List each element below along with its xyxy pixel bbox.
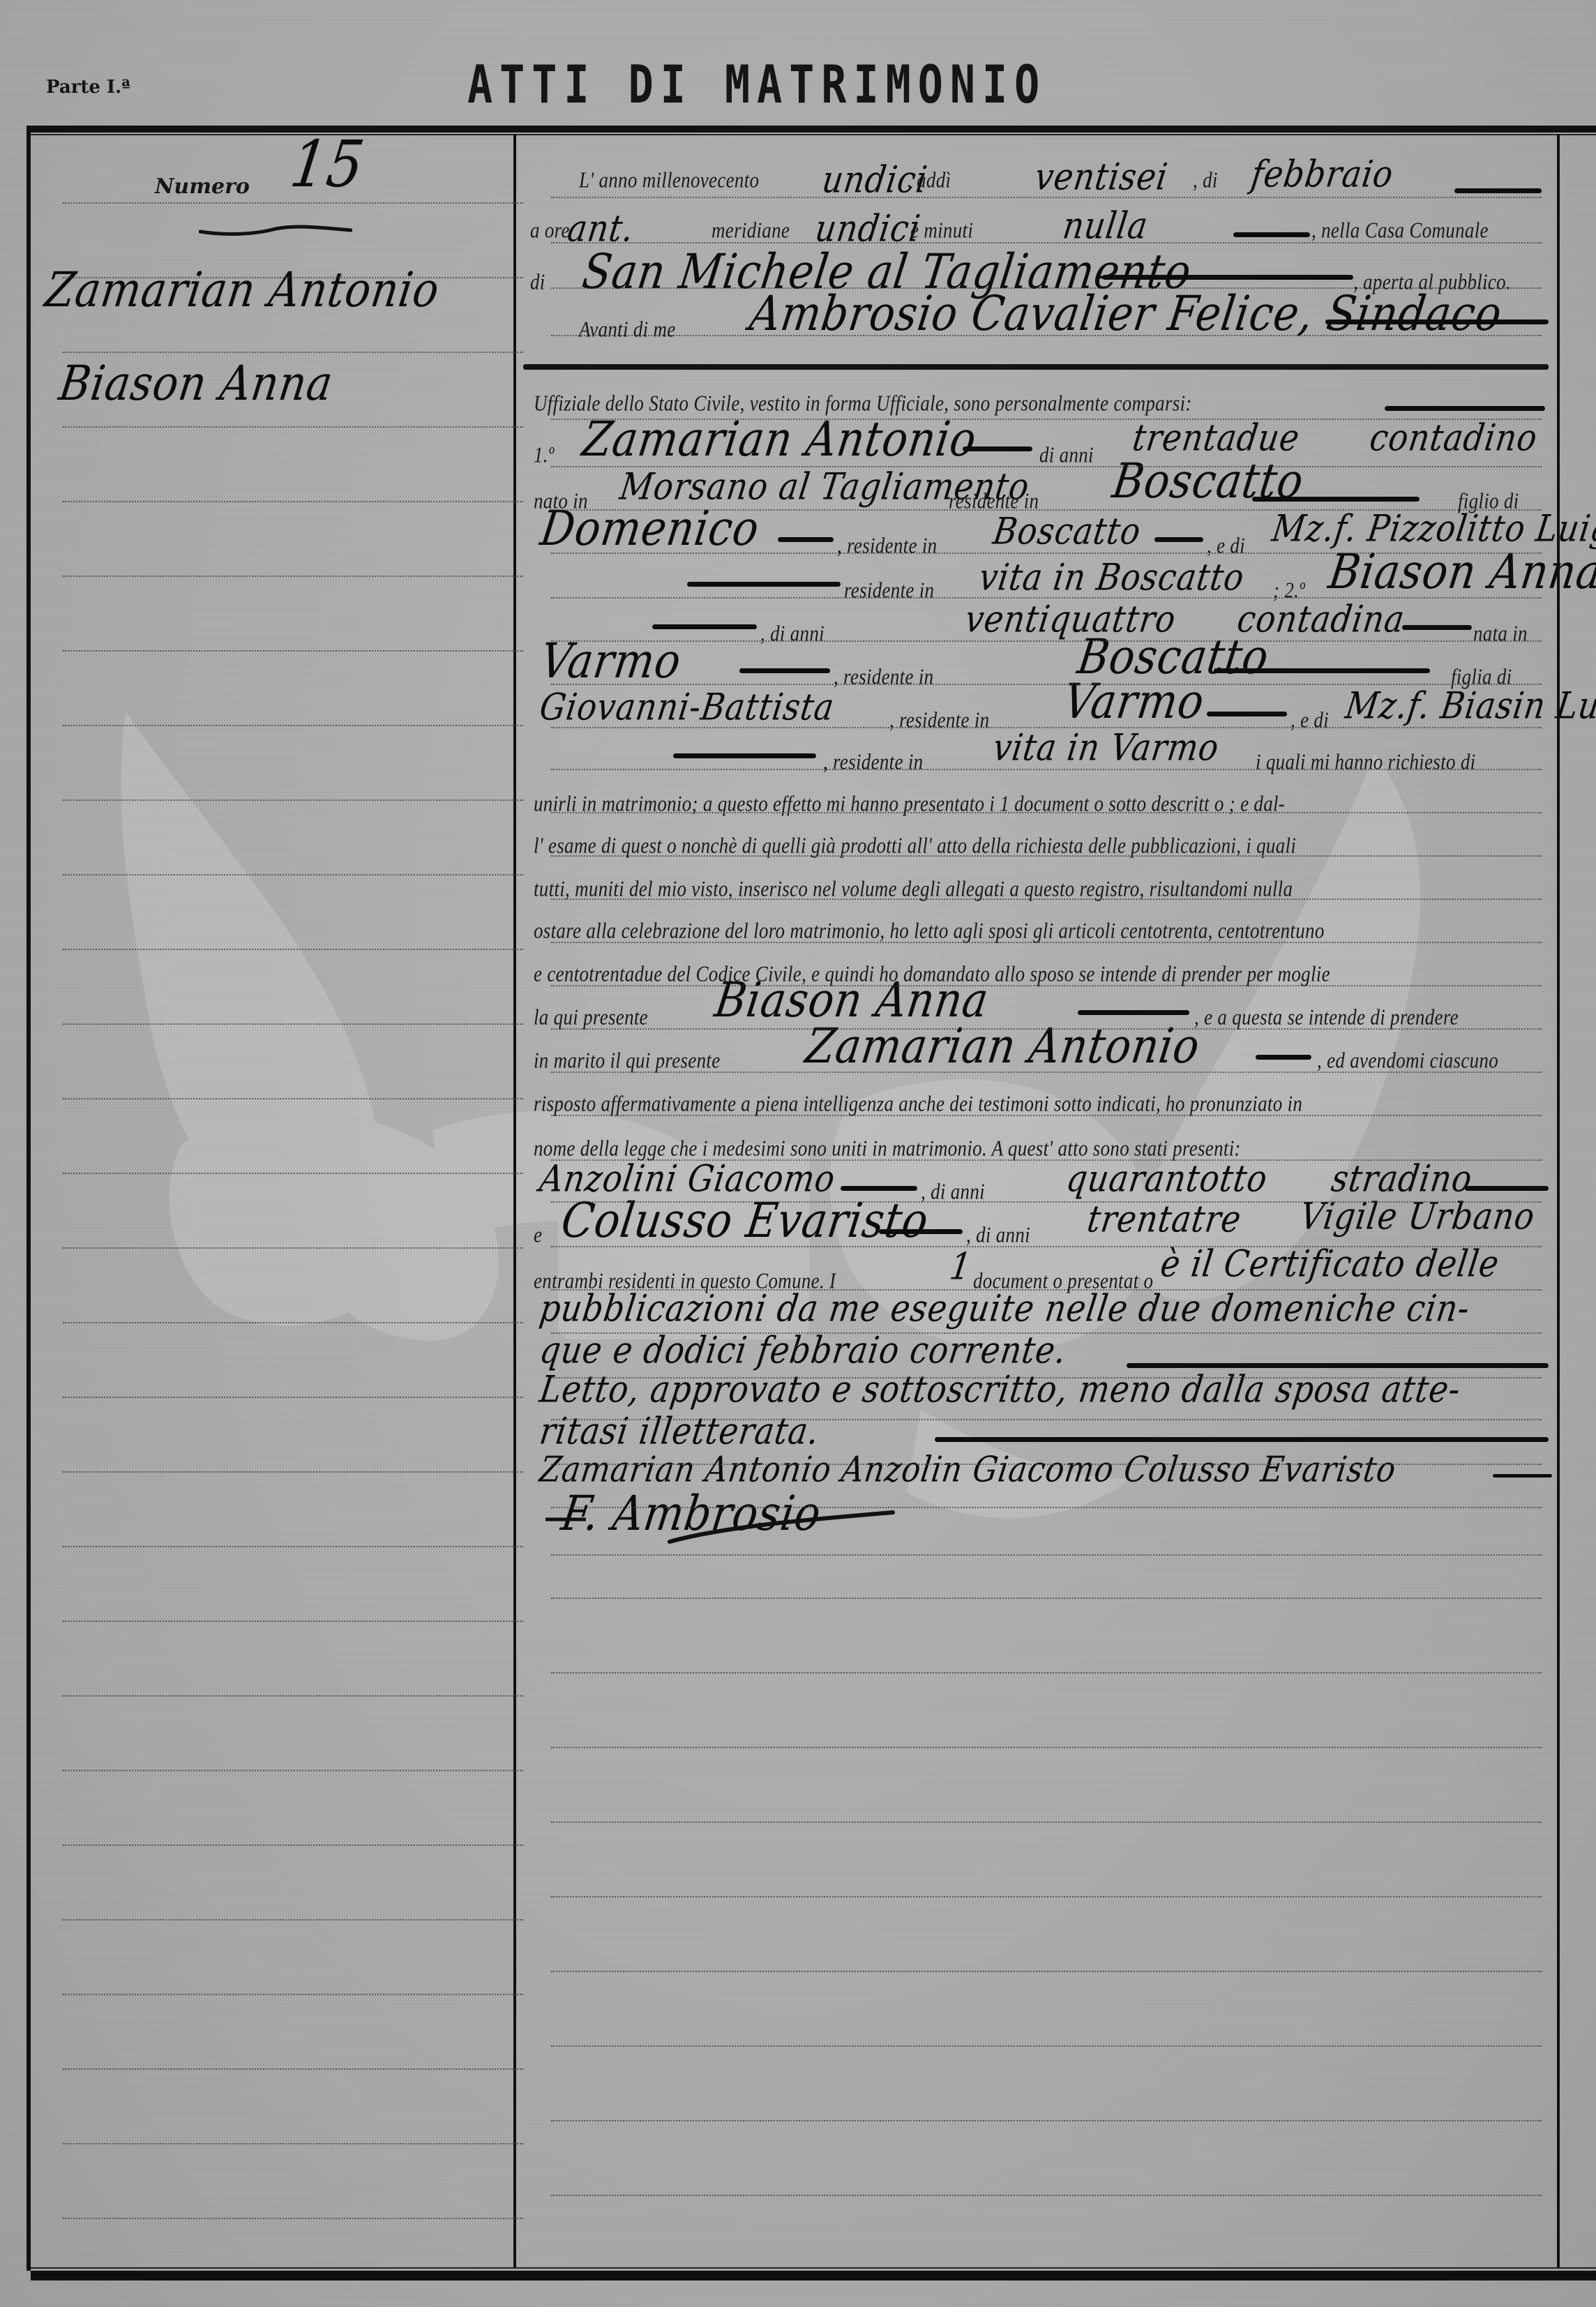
ruled-line — [63, 352, 523, 353]
ruled-line — [63, 1994, 523, 1995]
ruled-line — [551, 1028, 1542, 1030]
ruled-line — [63, 1173, 523, 1174]
ruled-line — [63, 874, 523, 876]
ruled-line — [551, 727, 1542, 728]
fill-dash — [687, 582, 841, 587]
ruled-line — [551, 1672, 1542, 1674]
ruled-line — [551, 2045, 1542, 2047]
printed-age-label: , di anni — [760, 621, 825, 647]
printed-residence-label: , residente in — [837, 533, 937, 559]
groom-ordinal: 1.º — [534, 442, 555, 468]
fill-dash — [963, 446, 1032, 451]
printed-month-label: , di — [1193, 167, 1218, 193]
field-witness1-occupation: stradino — [1329, 1157, 1475, 1200]
fill-dash — [739, 668, 830, 673]
frame-bottom-border-inner — [31, 2267, 1596, 2269]
fill-dash — [1325, 320, 1549, 324]
ruled-line — [551, 769, 1542, 770]
ruled-line — [551, 1159, 1542, 1161]
ruled-line — [551, 287, 1542, 289]
field-month: febbraio — [1249, 152, 1396, 195]
frame-bottom-border — [31, 2271, 1596, 2280]
ruled-line — [63, 426, 523, 428]
field-day: ventisei — [1032, 155, 1170, 198]
fill-dash — [1402, 625, 1472, 630]
flourish-divider — [199, 222, 352, 239]
fill-dash — [1465, 1186, 1549, 1191]
fill-dash — [935, 1437, 1549, 1442]
ruled-line — [551, 466, 1542, 467]
fill-dash — [673, 753, 816, 758]
handwritten-note-line: que e dodici febbraio corrente. — [537, 1328, 1069, 1372]
ruled-line — [63, 1023, 523, 1025]
ruled-line — [63, 2068, 523, 2070]
ruled-line — [551, 1896, 1542, 1898]
section-separator — [523, 364, 1549, 370]
field-witness2-age: trentatre — [1085, 1197, 1244, 1240]
printed-hour-label: a ore — [530, 218, 570, 243]
ruled-line — [551, 2195, 1542, 2196]
ruled-line — [63, 1844, 523, 1846]
ruled-line — [551, 197, 1542, 198]
ruled-line — [63, 949, 523, 950]
ruled-line — [63, 650, 523, 652]
ruled-line — [551, 1507, 1542, 1508]
ruled-line — [551, 1246, 1542, 1247]
ruled-line — [63, 202, 523, 204]
ruled-line — [551, 1419, 1542, 1420]
ruled-line — [551, 1289, 1542, 1291]
ruled-line — [63, 1471, 523, 1473]
fill-dash — [1454, 188, 1542, 193]
handwritten-note-line: ritasi illetterata. — [537, 1409, 822, 1452]
fill-dash — [1154, 537, 1203, 542]
number-label: Numero — [155, 174, 250, 199]
body-line: ostare alla celebrazione del loro matrim… — [534, 918, 1325, 944]
signatures-line: Zamarian Antonio Anzolin Giacomo Colusso… — [537, 1449, 1399, 1490]
ruled-line — [551, 1821, 1542, 1823]
ruled-line — [551, 1971, 1542, 1972]
ruled-line — [551, 1115, 1542, 1116]
ruled-line — [551, 419, 1542, 420]
ruled-line — [63, 1546, 523, 1547]
fill-dash — [1493, 1474, 1552, 1478]
printed-town-hall-label: , nella Casa Comunale — [1311, 218, 1489, 243]
field-docs-count: 1 — [947, 1245, 974, 1288]
ruled-line — [551, 985, 1542, 986]
field-groom-father-residence: Boscatto — [991, 509, 1144, 553]
ruled-line — [551, 597, 1542, 599]
fill-dash — [652, 624, 757, 629]
ruled-line — [551, 1747, 1542, 1748]
ruled-line — [551, 553, 1542, 554]
ruled-line — [551, 1554, 1542, 1556]
ruled-line — [63, 1098, 523, 1099]
printed-consent-text: , e a questa se intende di prendere — [1194, 1005, 1459, 1030]
page-title: ATTI DI MATRIMONIO — [467, 54, 1046, 116]
fill-dash — [1385, 406, 1545, 411]
printed-year-label: L' anno millenovecento — [579, 167, 759, 193]
ruled-line — [551, 942, 1542, 943]
ruled-line — [551, 1598, 1542, 1599]
fill-dash — [778, 537, 834, 542]
field-groom-occupation: contadino — [1367, 416, 1540, 459]
ruled-line — [551, 509, 1542, 511]
record-number: 15 — [286, 127, 369, 202]
printed-request-text: i quali mi hanno richiesto di — [1256, 749, 1475, 775]
printed-residence-label: , residente in — [889, 707, 989, 733]
frame-left-border — [27, 126, 31, 2271]
printed-born-label: nata in — [1473, 621, 1528, 647]
printed-minutes-label: e minuti — [910, 218, 973, 243]
field-bride-father: Giovanni-Battista — [537, 685, 837, 728]
column-divider — [513, 134, 516, 2269]
ruled-line — [63, 1621, 523, 1622]
field-bride-mother-residence: vita in Varmo — [991, 726, 1222, 769]
field-bride-father-residence: Varmo — [1060, 674, 1208, 730]
frame-top-border — [28, 126, 1596, 133]
fill-dash — [879, 1229, 963, 1234]
ruled-line — [63, 1919, 523, 1921]
ruled-line — [551, 812, 1542, 813]
printed-meridian-label: meridiane — [712, 218, 790, 243]
printed-day-label: , addì — [907, 167, 951, 193]
field-groom-consent-name: Zamarian Antonio — [802, 1019, 1203, 1075]
fill-dash — [1233, 232, 1310, 237]
printed-of-label: di — [530, 269, 545, 295]
ruled-line — [551, 2120, 1542, 2121]
ruled-line — [551, 899, 1542, 900]
ruled-line — [63, 1770, 523, 1771]
ruled-line — [551, 684, 1542, 685]
fill-dash — [1214, 668, 1430, 673]
printed-residence-label: residente in — [844, 578, 934, 603]
ruled-line — [551, 1072, 1542, 1073]
field-bride-mother: Mz.f. Biasin Luigia — [1343, 684, 1596, 727]
ruled-line — [63, 799, 523, 801]
fill-dash — [841, 1186, 917, 1191]
ruled-line — [63, 2143, 523, 2144]
part-label: Parte I.ª — [46, 77, 130, 98]
printed-residence-label: , residente in — [823, 749, 923, 775]
ruled-line — [551, 1201, 1542, 1203]
field-witness1-age: quarantotto — [1064, 1157, 1270, 1200]
ruled-line — [63, 1397, 523, 1398]
ruled-line — [551, 242, 1542, 243]
printed-age-label: , di anni — [966, 1222, 1030, 1248]
fill-dash — [1252, 497, 1420, 502]
bride-name-margin: Biason Anna — [56, 356, 336, 412]
field-minutes: nulla — [1060, 204, 1151, 247]
field-officer: Ambrosio Cavalier Felice, Sindaco — [746, 286, 1505, 343]
printed-present-label: la qui presente — [534, 1005, 648, 1030]
ruled-line — [551, 1464, 1542, 1465]
ruled-line — [63, 1322, 523, 1323]
ruled-line — [551, 1332, 1542, 1334]
frame-top-border-inner — [28, 134, 1596, 135]
handwritten-note-line: pubblicazioni da me eseguite nelle due d… — [537, 1286, 1473, 1330]
ruled-line — [63, 576, 523, 577]
printed-and-label: , e di — [1290, 707, 1329, 733]
printed-husband-label: in marito il qui presente — [534, 1048, 720, 1074]
printed-consent-text: , ed avendomi ciascuno — [1317, 1048, 1498, 1074]
frame-right-border — [1557, 134, 1560, 2269]
ruled-line — [63, 277, 523, 278]
fill-dash — [1207, 712, 1287, 716]
fill-dash — [1102, 275, 1353, 280]
ruled-line — [551, 335, 1542, 336]
ruled-line — [63, 2218, 523, 2219]
fill-dash — [1078, 1010, 1189, 1015]
body-line: risposto affermativamente a piena intell… — [534, 1091, 1302, 1117]
ruled-line — [63, 725, 523, 726]
ruled-line — [551, 1377, 1542, 1378]
handwritten-note-line: Letto, approvato e sottoscritto, meno da… — [537, 1367, 1463, 1411]
printed-age-label: di anni — [1039, 442, 1094, 468]
printed-before-me-label: Avanti di me — [579, 317, 676, 343]
printed-and-label: e — [534, 1222, 542, 1248]
field-document-note: è il Certificato delle — [1158, 1242, 1502, 1285]
printed-residence-label: , residente in — [834, 664, 933, 690]
fill-dash — [1256, 1055, 1311, 1060]
field-groom-mother-residence: vita in Boscatto — [977, 555, 1247, 599]
ruled-line — [63, 1695, 523, 1697]
ruled-line — [551, 640, 1542, 642]
ruled-line — [63, 501, 523, 502]
ruled-line — [63, 1247, 523, 1249]
groom-name-margin: Zamarian Antonio — [42, 262, 443, 319]
ruled-line — [551, 855, 1542, 857]
